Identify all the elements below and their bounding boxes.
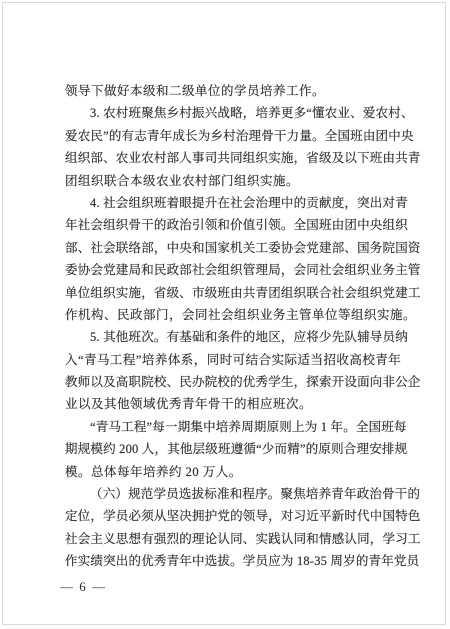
text-line: “青马工程”每一期集中培养周期原则上为 1 年。全国班每 xyxy=(65,416,401,438)
text-line: 教师以及高职院校、民办院校的优秀学生，探索开设面向非公企 xyxy=(65,371,401,393)
document-page: 领导下做好本级和二级单位的学员培养工作。 3. 农村班聚焦乡村振兴战略，培养更多… xyxy=(2,2,446,625)
text-line: 部、社会联络部，中央和国家机关工委协会党建部、国务院国资 xyxy=(65,237,401,259)
document-body: 领导下做好本级和二级单位的学员培养工作。 3. 农村班聚焦乡村振兴战略，培养更多… xyxy=(65,80,401,595)
text-line: 入“青马工程”培养体系，同时可结合实际适当招收高校青年 xyxy=(65,349,401,371)
text-line: 3. 农村班聚焦乡村振兴战略，培养更多“懂农业、爱农村、 xyxy=(65,102,401,124)
text-line: 组织部、农业农村部人事司共同组织实施，省级及以下班由共青 xyxy=(65,147,401,169)
text-line: 业以及其他领域优秀青年骨干的相应班次。 xyxy=(65,393,401,415)
text-line: 年社会组织骨干的政治引领和价值引领。全国班由团中央组织 xyxy=(65,214,401,236)
text-line: 社会主义思想有强烈的理论认同、实践认同和情感认同，学习工 xyxy=(65,528,401,550)
text-line: 爱农民”的有志青年成长为乡村治理骨干力量。全国班由团中央 xyxy=(65,125,401,147)
text-line: 领导下做好本级和二级单位的学员培养工作。 xyxy=(65,80,401,102)
text-line: 作机构、民政部门，会同社会组织业务主管单位等组织实施。 xyxy=(65,304,401,326)
text-line: 4. 社会组织班着眼提升在社会治理中的贡献度，突出对青 xyxy=(65,192,401,214)
text-line: 单位组织实施，省级、市级班由共青团组织联合社会组织党建工 xyxy=(65,282,401,304)
text-line: 团组织联合本级农业农村部门组织实施。 xyxy=(65,170,401,192)
text-line: 期规模约 200 人，其他层级班遵循“少而精”的原则合理安排规 xyxy=(65,438,401,460)
text-line: 定位，学员必须从坚决拥护党的领导，对习近平新时代中国特色 xyxy=(65,505,401,527)
text-line: 委协会党建局和民政部社会组织管理局，会同社会组织业务主管 xyxy=(65,259,401,281)
page-number: — 6 — xyxy=(60,579,401,595)
text-line: 作实绩突出的优秀青年中选拔。学员应为 18-35 周岁的青年党员 xyxy=(65,550,401,572)
text-line: 模。总体每年培养约 20 万人。 xyxy=(65,461,401,483)
text-line: （六）规范学员选拔标准和程序。聚焦培养青年政治骨干的 xyxy=(65,483,401,505)
text-line: 5. 其他班次。有基础和条件的地区，应将少先队辅导员纳 xyxy=(65,326,401,348)
